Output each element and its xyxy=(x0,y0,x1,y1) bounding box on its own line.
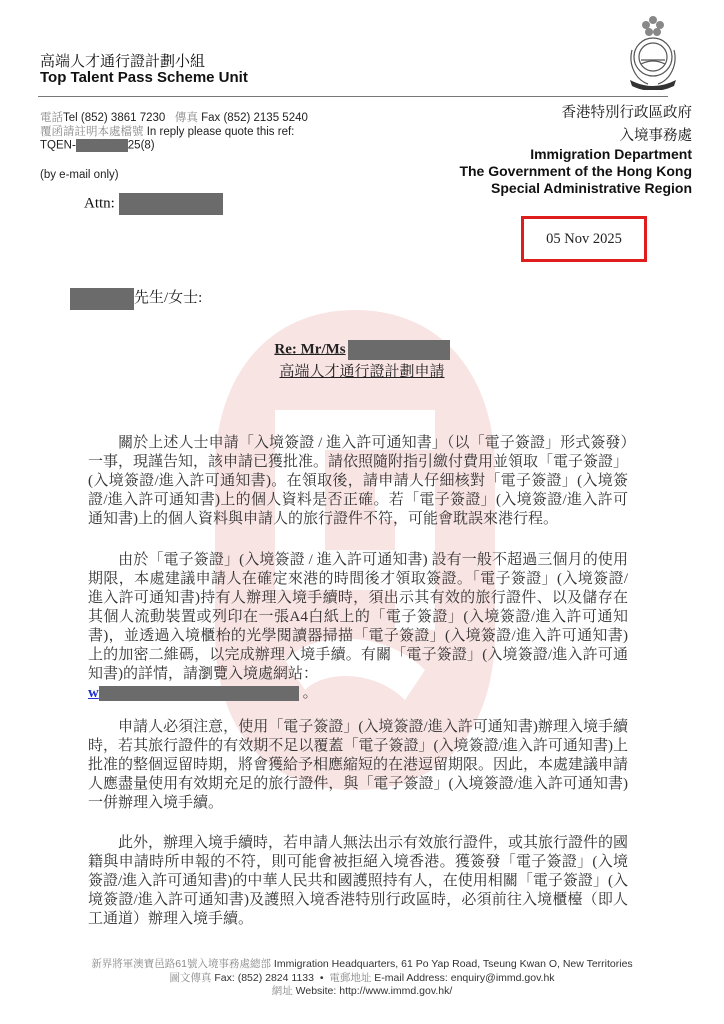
redacted-block xyxy=(348,340,450,360)
gov-name-zh: 香港特別行政區政府 xyxy=(459,104,692,123)
ref-prefix: TQEN- xyxy=(40,140,76,152)
link-end-punct: 。 xyxy=(303,685,318,701)
unit-name-en: Top Talent Pass Scheme Unit xyxy=(40,69,248,86)
footer-contact: 圖文傳真 Fax: (852) 2824 1133 • 電郵地址 E-mail … xyxy=(0,972,724,986)
gov-name-en-line1: The Government of the Hong Kong xyxy=(459,163,692,180)
website-link[interactable]: w xyxy=(88,685,99,701)
footer-fax: Fax: (852) 2824 1133 xyxy=(214,972,314,984)
ref-label-en: In reply please quote this ref: xyxy=(147,126,295,138)
subject-re-label: Re: Mr/Ms xyxy=(274,341,345,357)
department-block: 香港特別行政區政府 入境事務處 Immigration Department T… xyxy=(459,104,692,197)
separator-dot: • xyxy=(320,972,324,984)
paragraph-text: 申請人必須注意，使用「電子簽證」(入境簽證/進入許可通知書)辦理入境手續時，若其… xyxy=(88,719,628,811)
address-en: Immigration Headquarters, 61 Po Yap Road… xyxy=(274,958,633,970)
body-paragraph-1: 關於上述人士申請「入境簽證 / 進入許可通知書」（以「電子簽證」形式簽發）一事，… xyxy=(88,434,628,529)
immigration-department-crest-icon xyxy=(618,10,688,90)
letter-date: 05 Nov 2025 xyxy=(521,216,647,262)
contact-block: 電話Tel (852) 3861 7230 傳真 Fax (852) 2135 … xyxy=(40,112,308,153)
footer-website-url[interactable]: Website: http://www.immd.gov.hk/ xyxy=(296,985,453,997)
dept-name-en: Immigration Department xyxy=(459,146,692,163)
attention-line: Attn: xyxy=(84,193,223,215)
tel-number: Tel (852) 3861 7230 xyxy=(63,112,165,124)
gov-name-en-line2: Special Administrative Region xyxy=(459,180,692,197)
paragraph-text: 由於「電子簽證」(入境簽證 / 進入許可通知書) 設有一般不超過三個月的使用期限… xyxy=(88,552,628,682)
ref-suffix: 25(8) xyxy=(128,140,155,152)
redacted-block xyxy=(76,139,128,152)
reference-label-line: 覆函請註明本處檔號 In reply please quote this ref… xyxy=(40,126,308,140)
subject-re-line: Re: Mr/Ms xyxy=(0,340,724,360)
body-paragraph-4: 此外，辦理入境手續時，若申請人無法出示有效旅行證件，或其旅行證件的國籍與申請時所… xyxy=(88,834,628,929)
phone-fax-line: 電話Tel (852) 3861 7230 傳真 Fax (852) 2135 … xyxy=(40,112,308,126)
redacted-block xyxy=(119,193,223,215)
salutation: 先生/女士: xyxy=(70,286,202,310)
website-label-zh: 網址 xyxy=(272,985,293,997)
email-label-zh: 電郵地址 xyxy=(329,972,371,984)
delivery-note: (by e-mail only) xyxy=(40,169,119,181)
reference-number: TQEN-25(8) xyxy=(40,139,308,153)
body-paragraph-3: 申請人必須注意，使用「電子簽證」(入境簽證/進入許可通知書)辦理入境手續時，若其… xyxy=(88,718,628,813)
letter-footer: 新界將軍澳寶邑路61號入境事務處總部 Immigration Headquart… xyxy=(0,958,724,999)
address-zh: 新界將軍澳寶邑路61號入境事務處總部 xyxy=(91,958,271,970)
attn-label: Attn: xyxy=(84,195,115,211)
tel-label-zh: 電話 xyxy=(40,112,63,124)
subject-title: 高端人才通行證計劃申請 xyxy=(0,360,724,381)
fax-label-zh: 圖文傳真 xyxy=(169,972,211,984)
unit-name-zh: 高端人才通行證計劃小組 xyxy=(40,50,205,71)
redacted-block xyxy=(99,686,299,701)
redacted-block xyxy=(70,288,134,310)
fax-number: Fax (852) 2135 5240 xyxy=(201,112,308,124)
footer-website: 網址 Website: http://www.immd.gov.hk/ xyxy=(0,985,724,999)
paragraph-text: 關於上述人士申請「入境簽證 / 進入許可通知書」（以「電子簽證」形式簽發）一事，… xyxy=(88,435,628,527)
footer-email[interactable]: E-mail Address: enquiry@immd.gov.hk xyxy=(374,972,554,984)
header-divider xyxy=(38,96,668,97)
ref-label-zh: 覆函請註明本處檔號 xyxy=(40,126,144,138)
fax-label-zh: 傳真 xyxy=(175,112,198,124)
paragraph-text: 此外，辦理入境手續時，若申請人無法出示有效旅行證件，或其旅行證件的國籍與申請時所… xyxy=(88,835,628,927)
body-paragraph-2: 由於「電子簽證」(入境簽證 / 進入許可通知書) 設有一般不超過三個月的使用期限… xyxy=(88,551,628,703)
salutation-suffix: 先生/女士: xyxy=(134,290,202,306)
dept-name-zh: 入境事務處 xyxy=(459,126,692,146)
footer-address: 新界將軍澳寶邑路61號入境事務處總部 Immigration Headquart… xyxy=(0,958,724,972)
